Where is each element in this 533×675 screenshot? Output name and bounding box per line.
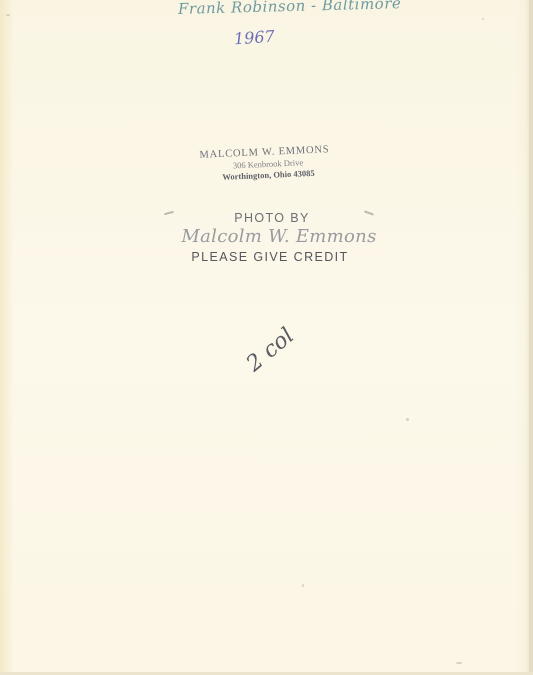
paper-speck xyxy=(302,584,304,587)
photo-credit-stamp: PHOTO BY Malcolm W. Emmons PLEASE GIVE C… xyxy=(150,210,390,266)
credit-photo-by: PHOTO BY xyxy=(150,210,390,226)
paper-speck xyxy=(6,14,10,16)
paper-speck xyxy=(406,418,409,421)
paper-right-edge xyxy=(529,0,533,675)
handwritten-year: 1967 xyxy=(233,27,275,49)
handwritten-column-note: 2 col xyxy=(242,323,299,377)
paper-speck xyxy=(482,18,484,20)
address-stamp: MALCOLM W. EMMONS 306 Kenbrook Drive Wor… xyxy=(189,144,340,185)
credit-please-give-credit: PLEASE GIVE CREDIT xyxy=(150,248,390,266)
photo-back-sheet: Frank Robinson - Baltimore 1967 MALCOLM … xyxy=(0,0,533,675)
handwritten-caption: Frank Robinson - Baltimore xyxy=(178,0,402,18)
paper-speck xyxy=(456,662,462,664)
credit-signature: Malcolm W. Emmons xyxy=(150,226,390,248)
